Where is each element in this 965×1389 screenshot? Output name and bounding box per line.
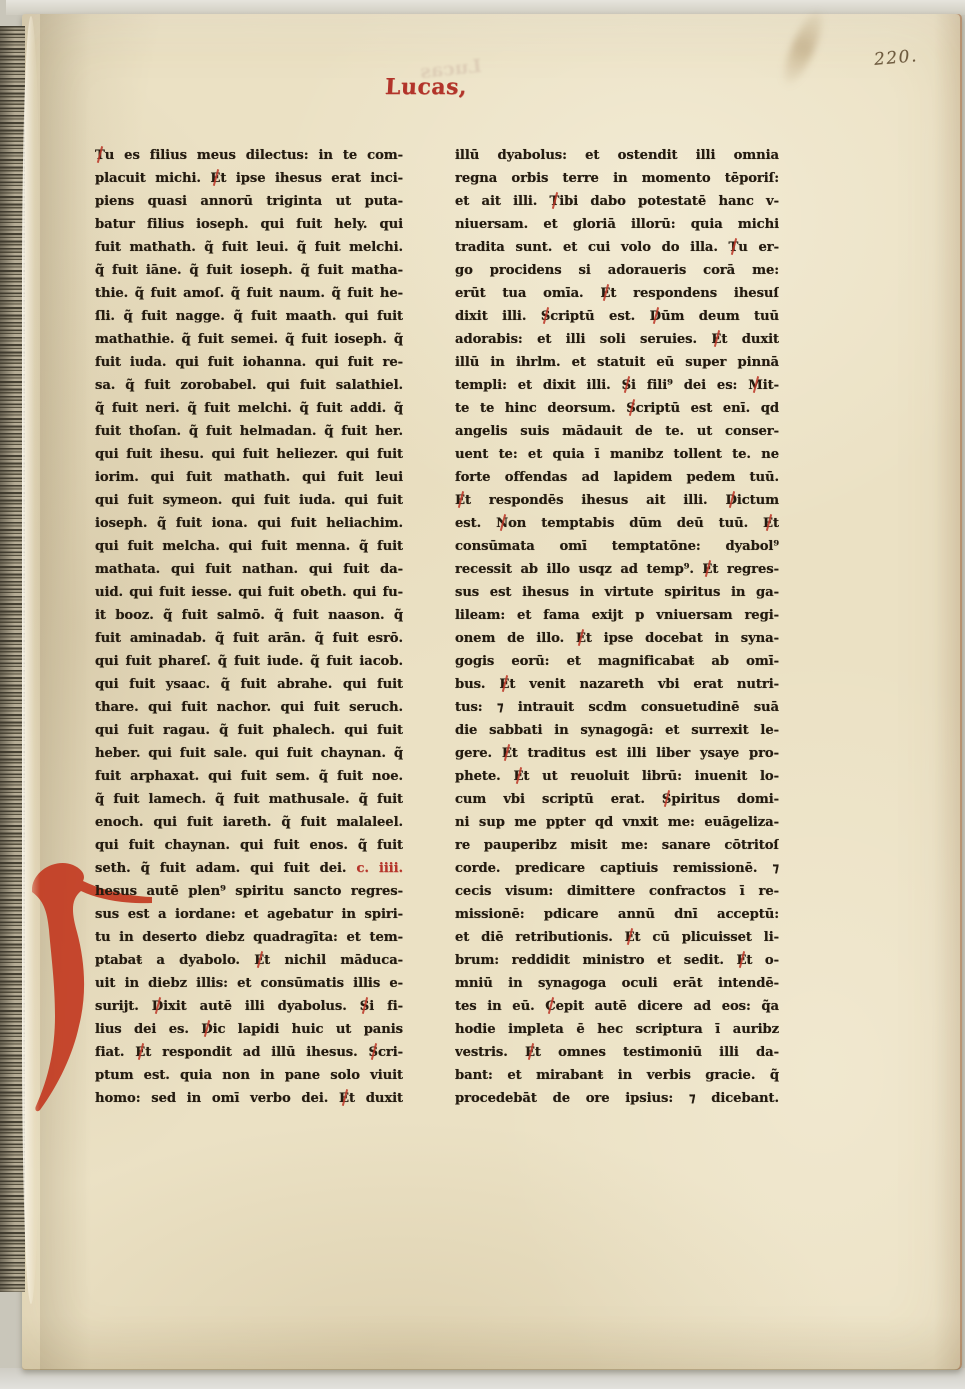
text-line: hesus autē plen⁹ spiritu sancto regres- [95, 880, 403, 903]
gutter-shadow [40, 14, 100, 1370]
text-line: ptum est. quia non in pane solo viuit [95, 1064, 403, 1087]
text-line: consūmata omī temptatōne: dyabol⁹ [455, 535, 779, 558]
text-line: niuersam. et gloriā illorū: quia michi [455, 213, 779, 236]
text-line: te te hinc deorsum. Scriptū est enī. qd [455, 397, 779, 420]
text-line: thare. qui fuit nachor. qui fuit seruch. [95, 696, 403, 719]
text-line: re pauperibz misit me: sanare cōtritoſ [455, 834, 779, 857]
running-title: Lucas, [384, 74, 468, 100]
text-line: gere. Et traditus est illi liber ysaye p… [455, 742, 779, 765]
text-line: fiat. Et respondit ad illū ihesus. Scri- [95, 1041, 403, 1064]
text-line: qui fuit ihesu. qui fuit heliezer. qui f… [95, 443, 403, 466]
folio-number: 220. [873, 46, 918, 70]
text-line: fuit aminadab. q̃ fuit arān. q̃ fuit esr… [95, 627, 403, 650]
text-line: Tu es filius meus dilectus: in te com- [95, 144, 403, 167]
text-line: qui fuit symeon. qui fuit iuda. qui fuit [95, 489, 403, 512]
text-line: bant: et mirabanŧ in verbis gracie. q̃ [455, 1064, 779, 1087]
parchment-page: Lucas Lucas, 220. I Tu es filius meus di… [22, 14, 962, 1370]
text-line: et diē retributionis. Et cū plicuisset l… [455, 926, 779, 949]
text-line: cecis visum: dimittere confractos ī re- [455, 880, 779, 903]
text-line: mathata. qui fuit nathan. qui fuit da- [95, 558, 403, 581]
text-line: gogis eorū: et magnificabaŧ ab omī- [455, 650, 779, 673]
text-line: bus. Et venit nazareth vbi erat nutri- [455, 673, 779, 696]
text-line: fuit mathath. q̃ fuit leui. q̃ fuit melc… [95, 236, 403, 259]
parchment-stain [777, 7, 830, 89]
text-line: it booz. q̃ fuit salmō. q̃ fuit naason. … [95, 604, 403, 627]
text-line: lius dei es. Dic lapidi huic ut panis [95, 1018, 403, 1041]
text-line: adorabis: et illi soli seruies. Et duxit [455, 328, 779, 351]
text-line: et ait illi. Tibi dabo potestatē hanc v- [455, 190, 779, 213]
text-line: cum vbi scriptū erat. Spiritus domi- [455, 788, 779, 811]
text-line: uit in diebz illis: et consūmatis illis … [95, 972, 403, 995]
text-line: uid. qui fuit iesse. qui fuit obeth. qui… [95, 581, 403, 604]
text-column-right: illū dyabolus: et ostendit illi omniareg… [455, 144, 779, 1110]
text-line: phete. Et ut reuoluit librū: inuenit lo- [455, 765, 779, 788]
text-line: piens quasi annorū triginta ut puta- [95, 190, 403, 213]
text-line: fuit thoſan. q̃ fuit helmadan. q̃ fuit h… [95, 420, 403, 443]
text-line: sa. q̃ fuit zorobabel. qui fuit salathie… [95, 374, 403, 397]
text-line: regna orbis terre in momento tēporiſ: [455, 167, 779, 190]
text-line: onem de illo. Et ipse docebat in syna- [455, 627, 779, 650]
text-line: corde. predicare captiuis remissionē. ⁊ [455, 857, 779, 880]
text-line: erūt tua omīa. Et respondens ihesuſ [455, 282, 779, 305]
text-line: go procidens si adoraueris corā me: [455, 259, 779, 282]
text-line: lileam: et fama exijt p vniuersam regi- [455, 604, 779, 627]
text-line: ptabaŧ a dyabolo. Et nichil māduca- [95, 949, 403, 972]
text-line: q̃ fuit iāne. q̃ fuit ioseph. q̃ fuit ma… [95, 259, 403, 282]
text-line: mniū in synagoga oculi erāt intendē- [455, 972, 779, 995]
chapter-marker: c. iiii. [356, 861, 403, 876]
text-line: ni sup me ppter qd vnxit me: euāgeliza- [455, 811, 779, 834]
text-line: qui fuit ragau. q̃ fuit phalech. qui fui… [95, 719, 403, 742]
text-line: placuit michi. Et ipse ihesus erat inci- [95, 167, 403, 190]
text-line: uent te: et quia ī manibz tollent te. ne [455, 443, 779, 466]
text-line: fuit arphaxat. qui fuit sem. q̃ fuit noe… [95, 765, 403, 788]
text-line: fuit iuda. qui fuit iohanna. qui fuit re… [95, 351, 403, 374]
text-line: est. Non temptabis dūm deū tuū. Et [455, 512, 779, 535]
text-line: Et respondēs ihesus ait illi. Dictum [455, 489, 779, 512]
text-line: qui fuit ysaac. q̃ fuit abrahe. qui fuit [95, 673, 403, 696]
text-line: dixit illi. Scriptū est. Dūm deum tuū [455, 305, 779, 328]
text-line: ſli. q̃ fuit nagge. q̃ fuit maath. qui f… [95, 305, 403, 328]
background-surface [0, 1368, 965, 1389]
page-left-edge-highlight [22, 16, 40, 1304]
text-line: die sabbati in synagogā: et surrexit le- [455, 719, 779, 742]
text-line: recessit ab illo usqz ad temp⁹. Et regre… [455, 558, 779, 581]
text-line: qui fuit phareſ. q̃ fuit iude. q̃ fuit i… [95, 650, 403, 673]
text-line: mathathie. q̃ fuit semei. q̃ fuit ioseph… [95, 328, 403, 351]
text-line: hodie impleta ē hec scriptura ī auribz [455, 1018, 779, 1041]
text-line: brum: reddidit ministro et sedit. Et o- [455, 949, 779, 972]
manuscript-photo: Lucas Lucas, 220. I Tu es filius meus di… [0, 0, 965, 1389]
text-line: heber. qui fuit sale. qui fuit chaynan. … [95, 742, 403, 765]
text-line: tes in eū. Cepit autē dicere ad eos: q̃a [455, 995, 779, 1018]
text-line: sus est a iordane: et agebatur in spiri- [95, 903, 403, 926]
drop-cap-letter: I [22, 14, 23, 15]
text-line: ioseph. q̃ fuit iona. qui fuit heliachim… [95, 512, 403, 535]
text-line: templi: et dixit illi. Si fili⁹ dei es: … [455, 374, 779, 397]
text-line: tu in deserto diebz quadragīta: et tem- [95, 926, 403, 949]
text-line: missionē: pdicare annū dnī acceptū: [455, 903, 779, 926]
text-line: seth. q̃ fuit adam. qui fuit dei. c. iii… [95, 857, 403, 880]
text-line: q̃ fuit neri. q̃ fuit melchi. q̃ fuit ad… [95, 397, 403, 420]
text-line: sus est ihesus in virtute spiritus in ga… [455, 581, 779, 604]
text-line: iorim. qui fuit mathath. qui fuit leui [95, 466, 403, 489]
text-column-left: Tu es filius meus dilectus: in te com-pl… [95, 144, 403, 1110]
text-line: tus: ⁊ intrauit scdm consuetudinē suā [455, 696, 779, 719]
text-line: angelis suis mādauit de te. ut conser- [455, 420, 779, 443]
text-line: illū dyabolus: et ostendit illi omnia [455, 144, 779, 167]
text-line: illū in ihrlm. et statuit eū super pinnā [455, 351, 779, 374]
text-line: qui fuit chaynan. qui fuit enos. q̃ fuit [95, 834, 403, 857]
text-line: thie. q̃ fuit amoſ. q̃ fuit naum. q̃ fui… [95, 282, 403, 305]
text-line: surijt. Dixit autē illi dyabolus. Si fi- [95, 995, 403, 1018]
text-line: q̃ fuit lamech. q̃ fuit mathusale. q̃ fu… [95, 788, 403, 811]
text-line: procedebāt de ore ipsius: ⁊ dicebant. [455, 1087, 779, 1110]
text-line: vestris. Et omnes testimoniū illi da- [455, 1041, 779, 1064]
text-line: batur filius ioseph. qui fuit hely. qui [95, 213, 403, 236]
text-line: enoch. qui fuit iareth. q̃ fuit malaleel… [95, 811, 403, 834]
text-line: qui fuit melcha. qui fuit menna. q̃ fuit [95, 535, 403, 558]
text-line: tradita sunt. et cui volo do illa. Tu er… [455, 236, 779, 259]
text-line: forte offendas ad lapidem pedem tuū. [455, 466, 779, 489]
text-line: homo: sed in omī verbo dei. Et duxit [95, 1087, 403, 1110]
